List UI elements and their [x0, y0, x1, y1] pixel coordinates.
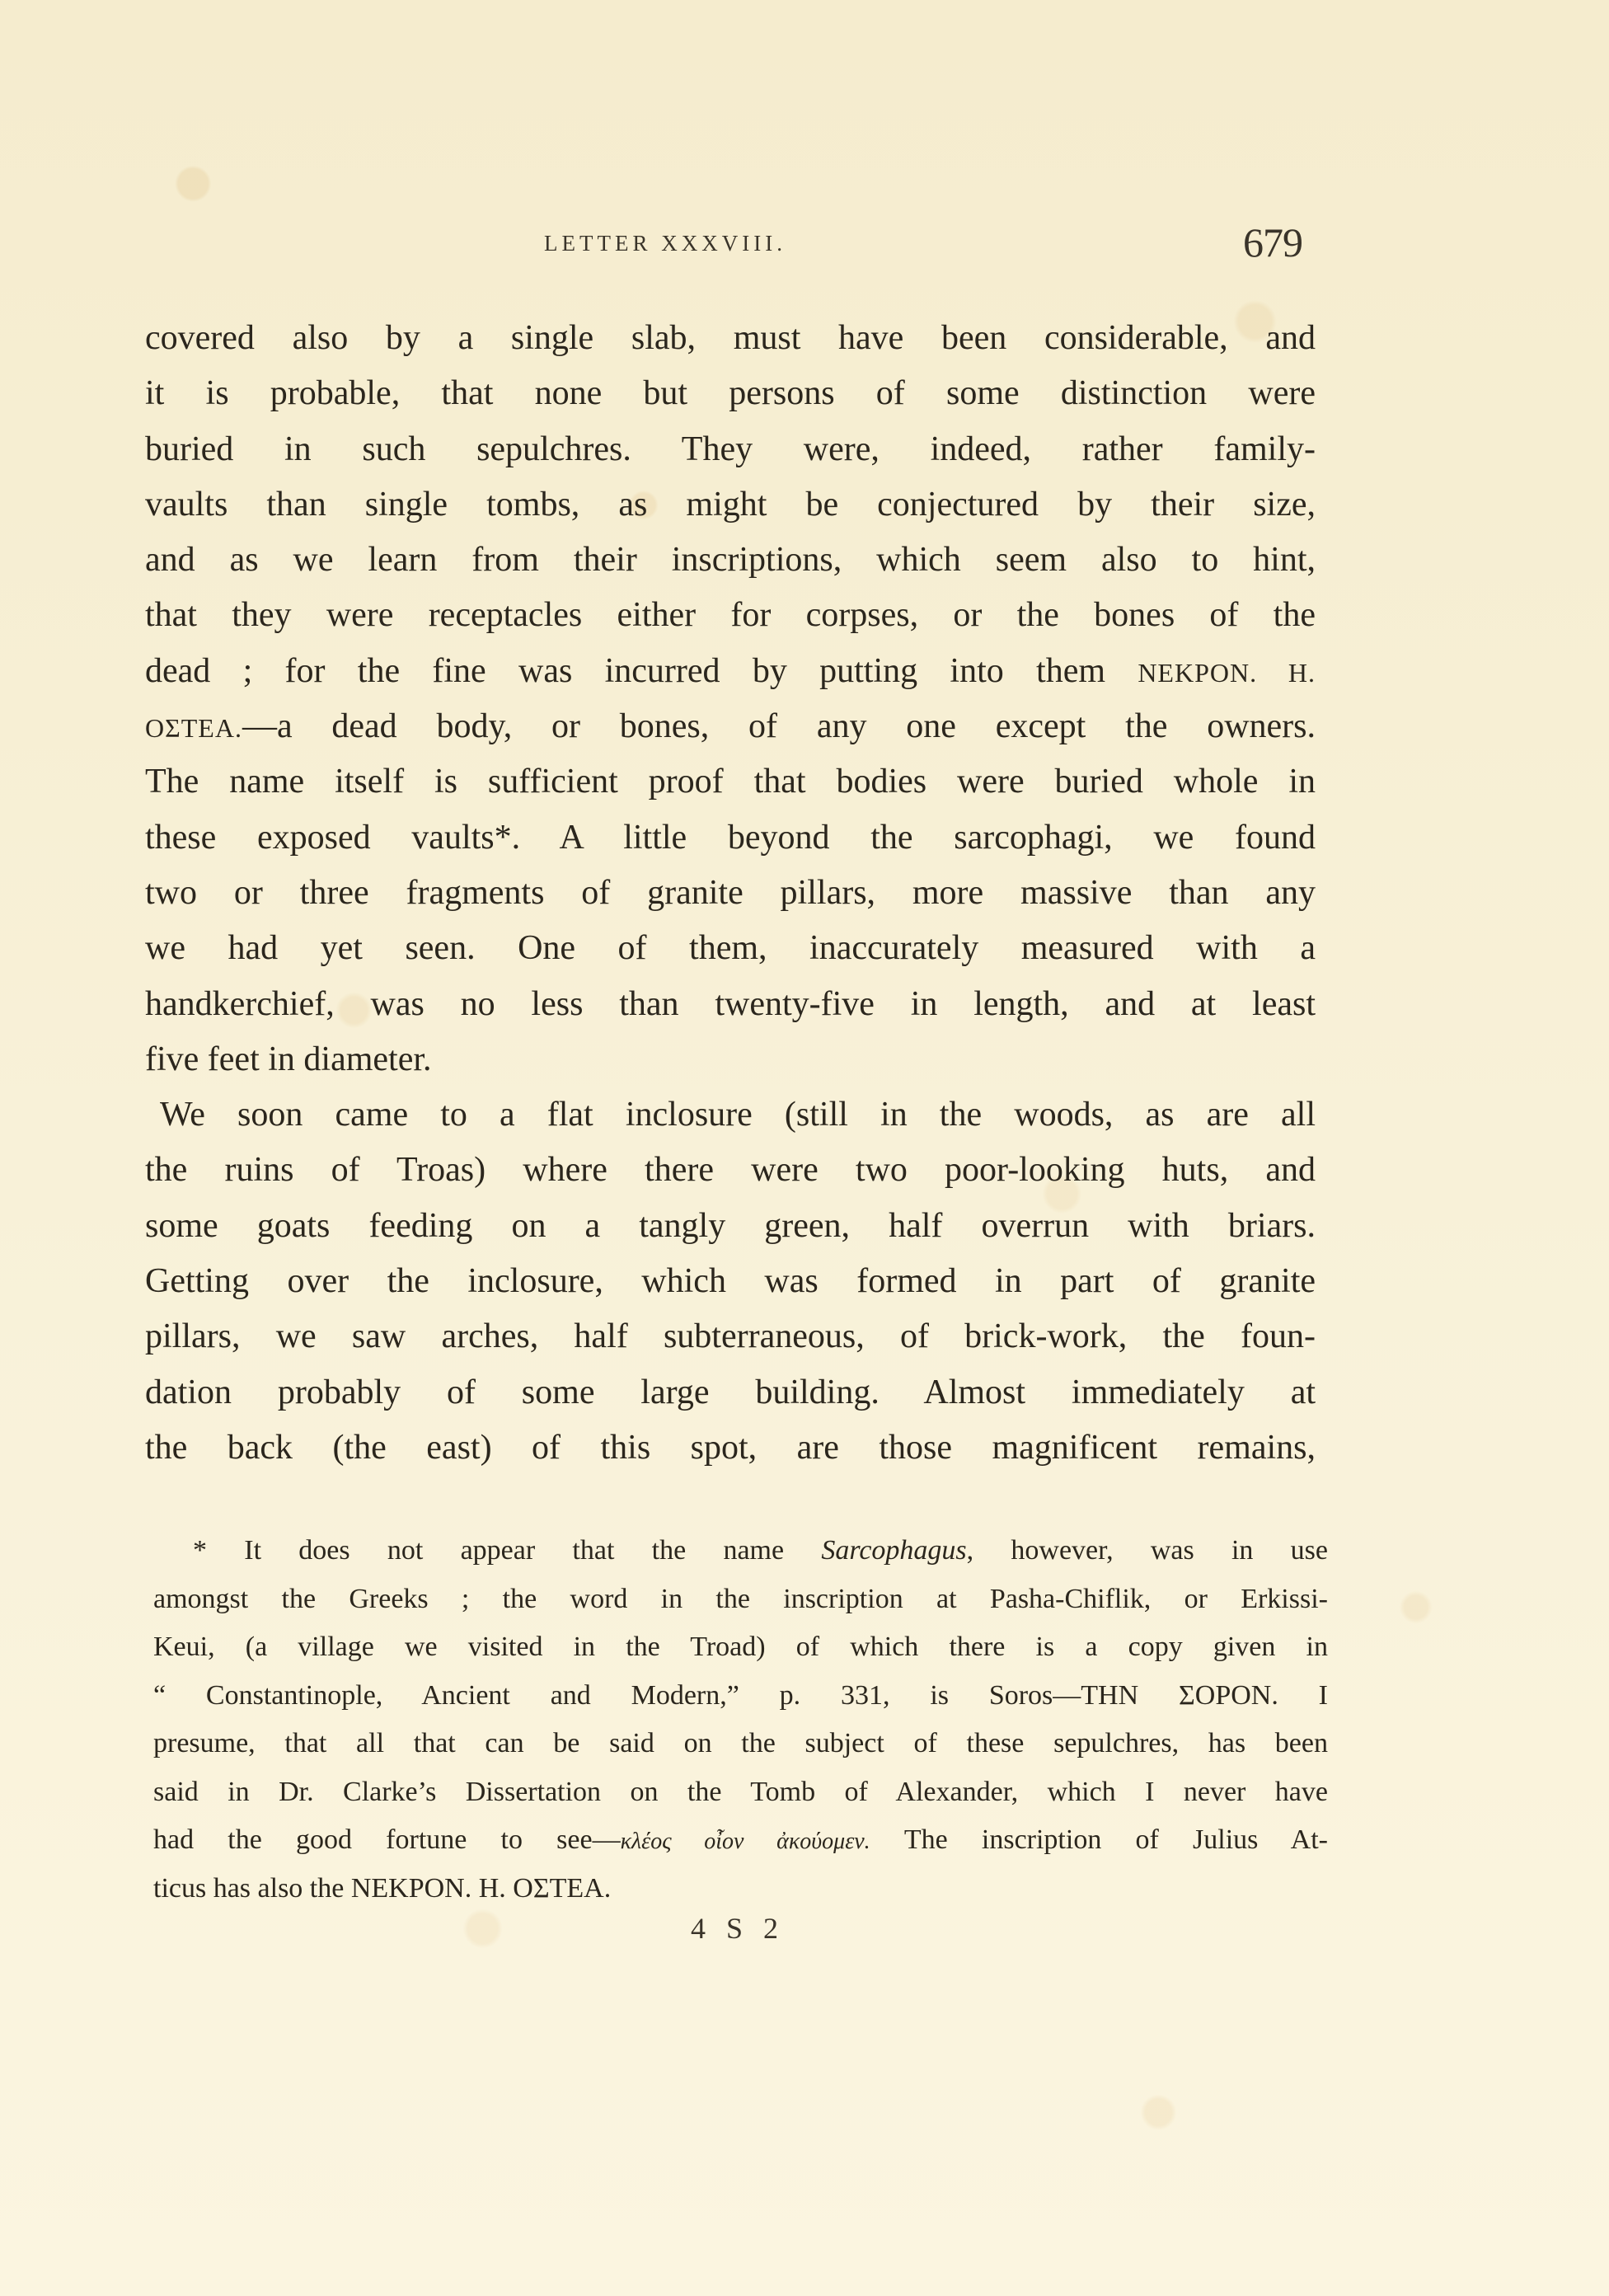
page-number: 679 — [1243, 218, 1302, 266]
footnote-line: Keui, (a village we visited in the Troad… — [153, 1623, 1328, 1672]
footnote: * It does not appear that the name Sarco… — [153, 1527, 1328, 1913]
body-line-text: —a dead body, or bones, of any one excep… — [242, 707, 1316, 745]
footnote-text: * It does not appear that the name — [193, 1535, 821, 1566]
body-line: five feet in diameter. — [145, 1032, 1316, 1087]
footnote-line: presume, that all that can be said on th… — [153, 1720, 1328, 1768]
running-head: LETTER XXXVIII. — [544, 231, 786, 256]
footnote-line: amongst the Greeks ; the word in the ins… — [153, 1575, 1328, 1624]
body-line: pillars, we saw arches, half subterraneo… — [145, 1309, 1316, 1364]
body-line-text: dead ; for the fine was incurred by putt… — [145, 652, 1138, 690]
footnote-line: * It does not appear that the name Sarco… — [153, 1527, 1328, 1575]
body-line: two or three fragments of granite pillar… — [145, 866, 1316, 921]
footnote-text: , however, was in use — [967, 1535, 1328, 1566]
body-line: these exposed vaults*. A little beyond t… — [145, 810, 1316, 866]
footnote-line: “ Constantinople, Ancient and Modern,” p… — [153, 1672, 1328, 1721]
greek-quotation: κλέος οἶον ἀκούομεν. — [621, 1829, 870, 1854]
body-line: and as we learn from their inscriptions,… — [145, 533, 1316, 588]
italic-term: Sarcophagus — [821, 1535, 966, 1566]
body-line: it is probable, that none but persons of… — [145, 366, 1316, 421]
body-line: the ruins of Troas) where there were two… — [145, 1143, 1316, 1198]
body-line: buried in such sepulchres. They were, in… — [145, 422, 1316, 477]
body-line: dation probably of some large building. … — [145, 1365, 1316, 1420]
body-line: some goats feeding on a tangly green, ha… — [145, 1199, 1316, 1254]
body-line: We soon came to a flat inclosure (still … — [145, 1087, 1316, 1143]
body-line: covered also by a single slab, must have… — [145, 311, 1316, 366]
body-line: dead ; for the fine was incurred by putt… — [145, 644, 1316, 699]
body-line: the back (the east) of this spot, are th… — [145, 1420, 1316, 1476]
body-line: Getting over the inclosure, which was fo… — [145, 1254, 1316, 1309]
body-line: handkerchief, was no less than twenty-fi… — [145, 977, 1316, 1032]
body-line: that they were receptacles either for co… — [145, 588, 1316, 643]
body-line: we had yet seen. One of them, inaccurate… — [145, 921, 1316, 976]
footnote-text: The inscription of Julius At- — [870, 1824, 1328, 1855]
footnote-line: ticus has also the NEKPON. H. OΣTEA. — [153, 1865, 1328, 1913]
signature-mark: 4 S 2 — [691, 1911, 785, 1946]
greek-inscription: OΣTEA. — [145, 713, 242, 743]
body-line: The name itself is sufficient proof that… — [145, 754, 1316, 810]
footnote-line: had the good fortune to see—κλέος οἶον ἀ… — [153, 1816, 1328, 1865]
greek-inscription: NEKPON. H. — [1138, 658, 1316, 688]
footnote-text: had the good fortune to see— — [153, 1824, 621, 1855]
body-line: OΣTEA.—a dead body, or bones, of any one… — [145, 699, 1316, 754]
body-text: covered also by a single slab, must have… — [145, 311, 1316, 1476]
body-line: vaults than single tombs, as might be co… — [145, 477, 1316, 533]
footnote-line: said in Dr. Clarke’s Dissertation on the… — [153, 1768, 1328, 1817]
